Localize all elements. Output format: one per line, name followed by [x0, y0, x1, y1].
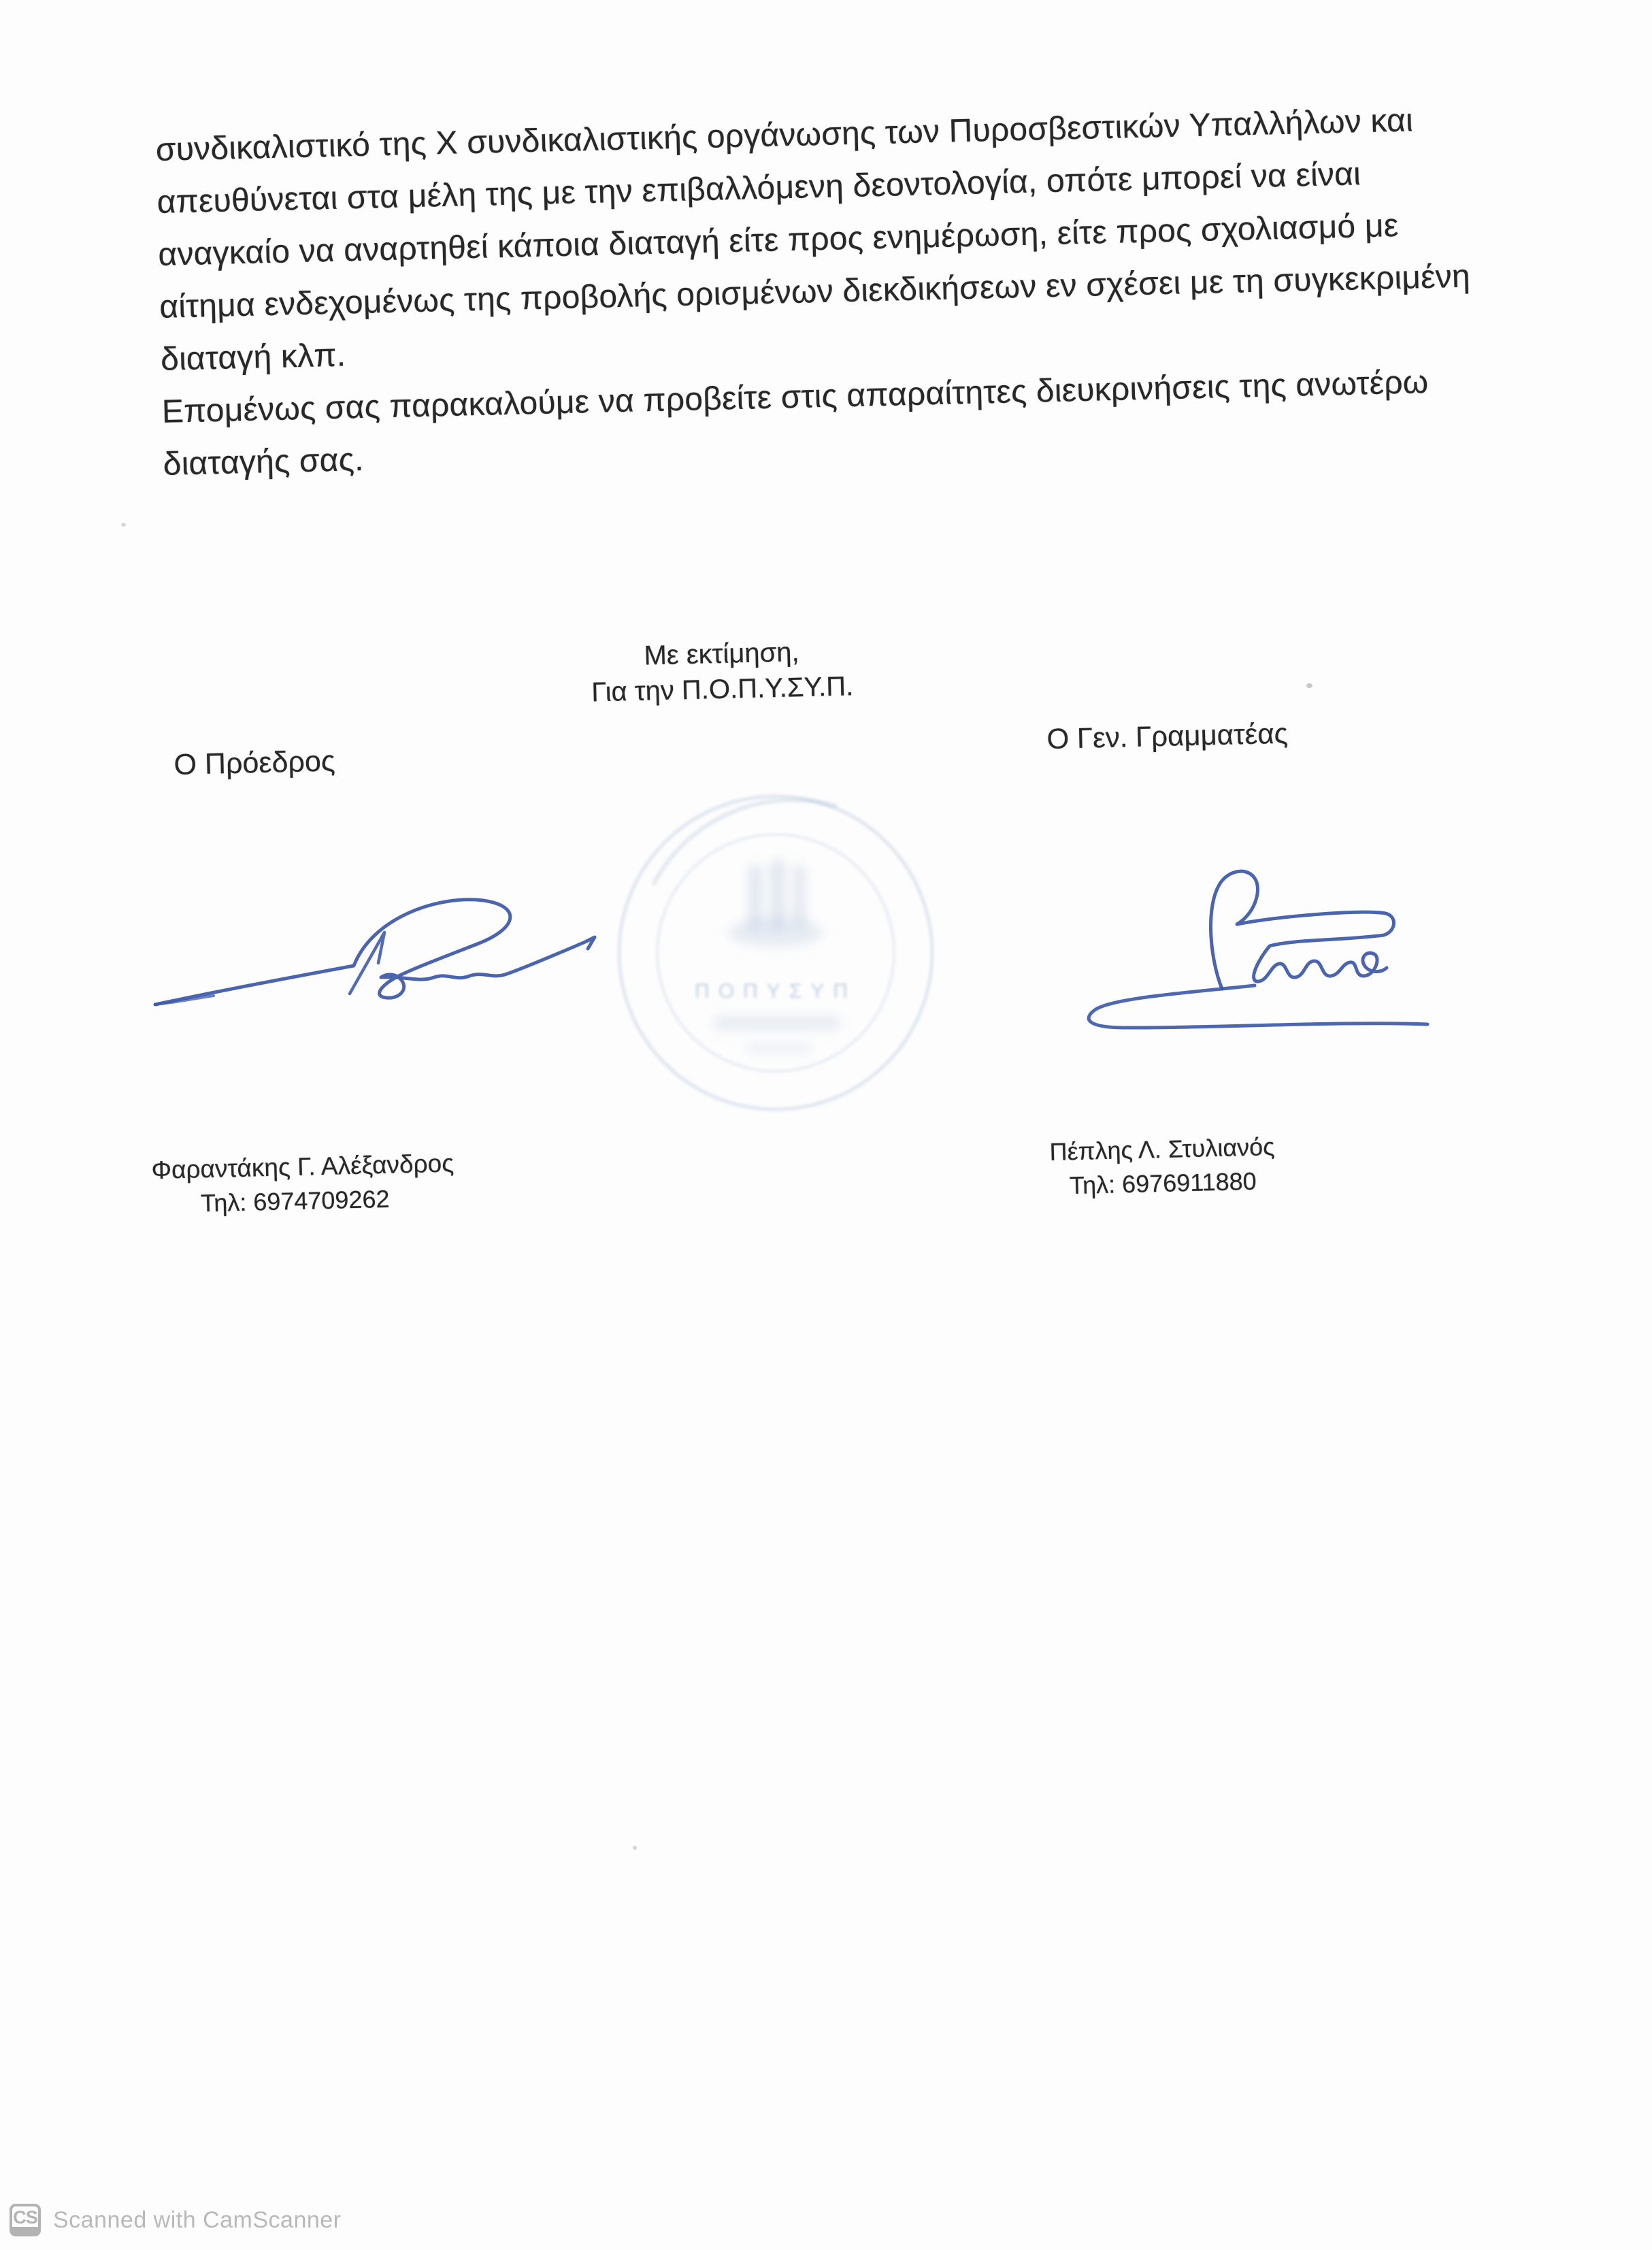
org-stamp: ΠΟΠΥΣΥΠ [612, 789, 939, 1116]
camscanner-badge-icon: CS [10, 2204, 41, 2236]
closing-organization: Για την Π.Ο.Π.Υ.ΣΥ.Π. [576, 668, 869, 711]
secretary-name: Πέπλης Λ. Στυλιανός [1044, 1130, 1280, 1169]
scan-speck [633, 1846, 637, 1850]
president-name: Φαραντάκης Γ. Αλέξανδρος [151, 1147, 437, 1188]
camscanner-label: Scanned with CamScanner [53, 2207, 342, 2234]
president-signature [148, 873, 611, 1016]
secretary-contact: Πέπλης Λ. Στυλιανός Τηλ: 6976911880 [1044, 1130, 1281, 1203]
secretary-signature [1076, 849, 1437, 1040]
president-contact: Φαραντάκης Γ. Αλέξανδρος Τηλ: 6974709262 [151, 1147, 438, 1222]
scan-speck [1306, 683, 1312, 688]
secretary-signature-graphic [1076, 849, 1437, 1040]
org-stamp-text: ΠΟΠΥΣΥΠ [695, 980, 857, 1002]
secretary-phone: Τηλ: 6976911880 [1045, 1164, 1281, 1203]
org-stamp-graphic: ΠΟΠΥΣΥΠ [612, 789, 939, 1116]
secretary-title: Ο Γεν. Γραμματέας [1046, 717, 1288, 755]
closing-block: Με εκτίμηση, Για την Π.Ο.Π.Υ.ΣΥ.Π. [575, 633, 869, 711]
president-phone: Τηλ: 6974709262 [152, 1181, 438, 1222]
body-paragraph: συνδικαλιστικό της Χ συνδικαλιστικής οργ… [155, 89, 1647, 491]
camscanner-badge-bar [12, 2227, 38, 2234]
camscanner-badge-label: CS [12, 2207, 38, 2228]
camscanner-watermark: CS Scanned with CamScanner [10, 2204, 342, 2236]
president-title: Ο Πρόεδρος [174, 745, 335, 782]
president-signature-graphic [148, 873, 611, 1016]
scan-speck [121, 523, 126, 527]
scanned-document-page: συνδικαλιστικό της Χ συνδικαλιστικής οργ… [0, 0, 1652, 2250]
